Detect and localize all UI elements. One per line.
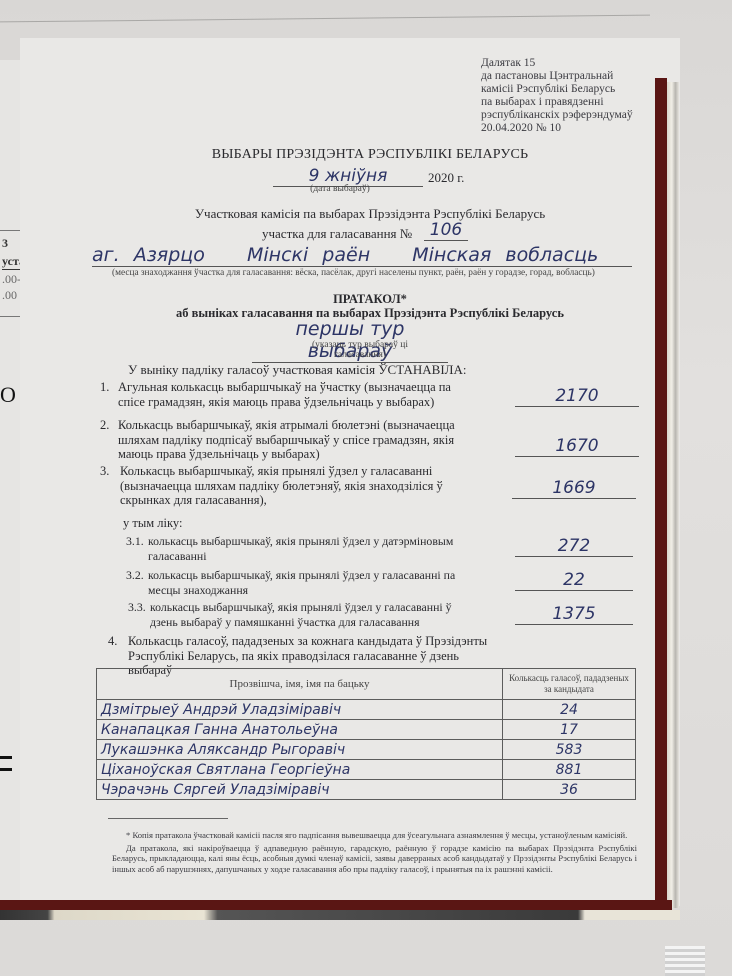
table-row: Лукашэнка Аляксандр Рыгоравіч 583 [97, 740, 636, 760]
item-text: колькасць выбаршчыкаў, якія прынялі ўдзе… [148, 568, 466, 597]
candidate-votes: 881 [503, 760, 636, 780]
item-2-value: 1670 [515, 436, 639, 457]
precinct-label: участка для галасавання № [262, 226, 412, 242]
candidate-name: Канапацкая Ганна Анатольеўна [97, 720, 503, 740]
item-number: 1. [100, 380, 109, 395]
wall-vent [665, 946, 705, 976]
item-2: 2. Колькасць выбаршчыкаў, якія атрымалі … [100, 418, 460, 462]
election-title: ВЫБАРЫ ПРЭЗІДЭНТА РЭСПУБЛІКІ БЕЛАРУСЬ [160, 147, 580, 163]
fragment: .00- [2, 272, 21, 287]
commission-name: Участковая камісія па выбарах Прэзідэнта… [130, 206, 610, 222]
annex-line: да пастановы Цэнтральнай [481, 70, 633, 83]
item-3-value: 1669 [512, 478, 636, 499]
item-text: Колькасць выбаршчыкаў, якія прынялі ўдзе… [120, 464, 475, 508]
frame-silver-bottom [0, 910, 680, 920]
header-votes: Колькасць галасоў, пададзеных за кандыда… [503, 669, 636, 700]
item-text: Агульная колькасць выбаршчыкаў на ўчастк… [118, 380, 460, 409]
footnote: * Копія пратакола ўчастковай камісіі пас… [112, 830, 637, 874]
precinct-location: аг. Азярцо Мінскі раён Мінская вобласць [92, 244, 632, 267]
fragment: 3 [2, 236, 8, 251]
annex-line: рэспубліканскіх рэферэндумаў [481, 109, 633, 122]
item-3: 3. Колькасць выбаршчыкаў, якія прынялі ў… [100, 464, 475, 508]
item-3-1: 3.1. колькасць выбаршчыкаў, якія прынялі… [126, 534, 466, 563]
precinct-number: 106 [424, 220, 468, 241]
table-header-row: Прозвішча, імя, імя па бацьку Колькасць … [97, 669, 636, 700]
annex-line: 20.04.2020 № 10 [481, 122, 633, 135]
established-intro: У выніку падліку галасоў участковая камі… [128, 362, 466, 378]
item-3-1-value: 272 [515, 536, 633, 557]
item-3-3-value: 1375 [515, 604, 633, 625]
item-number: 3. [100, 464, 109, 479]
item-text: колькасць выбаршчыкаў, якія прынялі ўдзе… [150, 600, 473, 629]
fragment: .00 [2, 288, 17, 303]
item-text: колькасць выбаршчыкаў, якія прынялі ўдзе… [148, 534, 466, 563]
header-name: Прозвішча, імя, імя па бацьку [97, 669, 503, 700]
item-1: 1. Агульная колькасць выбаршчыкаў на ўча… [100, 380, 460, 409]
footnote-p1: * Копія пратакола ўчастковай камісіі пас… [112, 830, 637, 841]
round-caption: (указаць тур выбараў ці галасавання) [300, 340, 420, 360]
table-row: Ціханоўская Святлана Георгіеўна 881 [97, 760, 636, 780]
protocol-title: ПРАТАКОЛ* [170, 292, 570, 307]
annex-line: камісіі Рэспублікі Беларусь [481, 83, 633, 96]
candidate-name: Чэрачэнь Сяргей Уладзіміравіч [97, 780, 503, 800]
frame-maroon-right [655, 78, 667, 908]
candidate-votes: 24 [503, 700, 636, 720]
footnote-p2: Да пратакола, які накіроўваецца ў адпаве… [112, 843, 637, 875]
candidates-table: Прозвішча, імя, імя па бацьку Колькасць … [96, 668, 636, 800]
table-row: Дзмітрыеў Андрэй Уладзіміравіч 24 [97, 700, 636, 720]
annex-line: па выбарах і правядзенні [481, 96, 633, 109]
item-3-2: 3.2. колькасць выбаршчыкаў, якія прынялі… [126, 568, 466, 597]
frame-maroon-bottom [0, 900, 672, 910]
candidate-name: Лукашэнка Аляксандр Рыгоравіч [97, 740, 503, 760]
item-3-3: 3.3. колькасць выбаршчыкаў, якія прынялі… [128, 600, 473, 629]
annex-line: Далятак 15 [481, 57, 633, 70]
candidate-votes: 583 [503, 740, 636, 760]
footnote-rule [108, 818, 228, 819]
item-3-2-value: 22 [515, 570, 633, 591]
item-number: 4. [108, 634, 117, 649]
frame-silver-right [667, 82, 679, 908]
fragment: О [0, 382, 16, 408]
item-text: Колькасць выбаршчыкаў, якія атрымалі бюл… [118, 418, 460, 462]
election-year: 2020 г. [428, 170, 464, 186]
candidate-votes: 17 [503, 720, 636, 740]
item-number: 3.2. [126, 568, 144, 583]
annex-note: Далятак 15 да пастановы Цэнтральнай камі… [481, 57, 633, 135]
item-number: 3.1. [126, 534, 144, 549]
dash [0, 756, 12, 759]
candidate-votes: 36 [503, 780, 636, 800]
candidate-name: Ціханоўская Святлана Георгіеўна [97, 760, 503, 780]
date-caption: (дата выбараў) [290, 184, 390, 194]
dash [0, 768, 12, 771]
table-row: Чэрачэнь Сяргей Уладзіміравіч 36 [97, 780, 636, 800]
including-label: у тым ліку: [123, 516, 182, 531]
table-row: Канапацкая Ганна Анатольеўна 17 [97, 720, 636, 740]
item-number: 2. [100, 418, 109, 433]
location-caption: (месца знаходжання ўчастка для галасаван… [112, 268, 595, 278]
candidate-name: Дзмітрыеў Андрэй Уладзіміравіч [97, 700, 503, 720]
item-1-value: 2170 [515, 386, 639, 407]
item-number: 3.3. [128, 600, 146, 615]
